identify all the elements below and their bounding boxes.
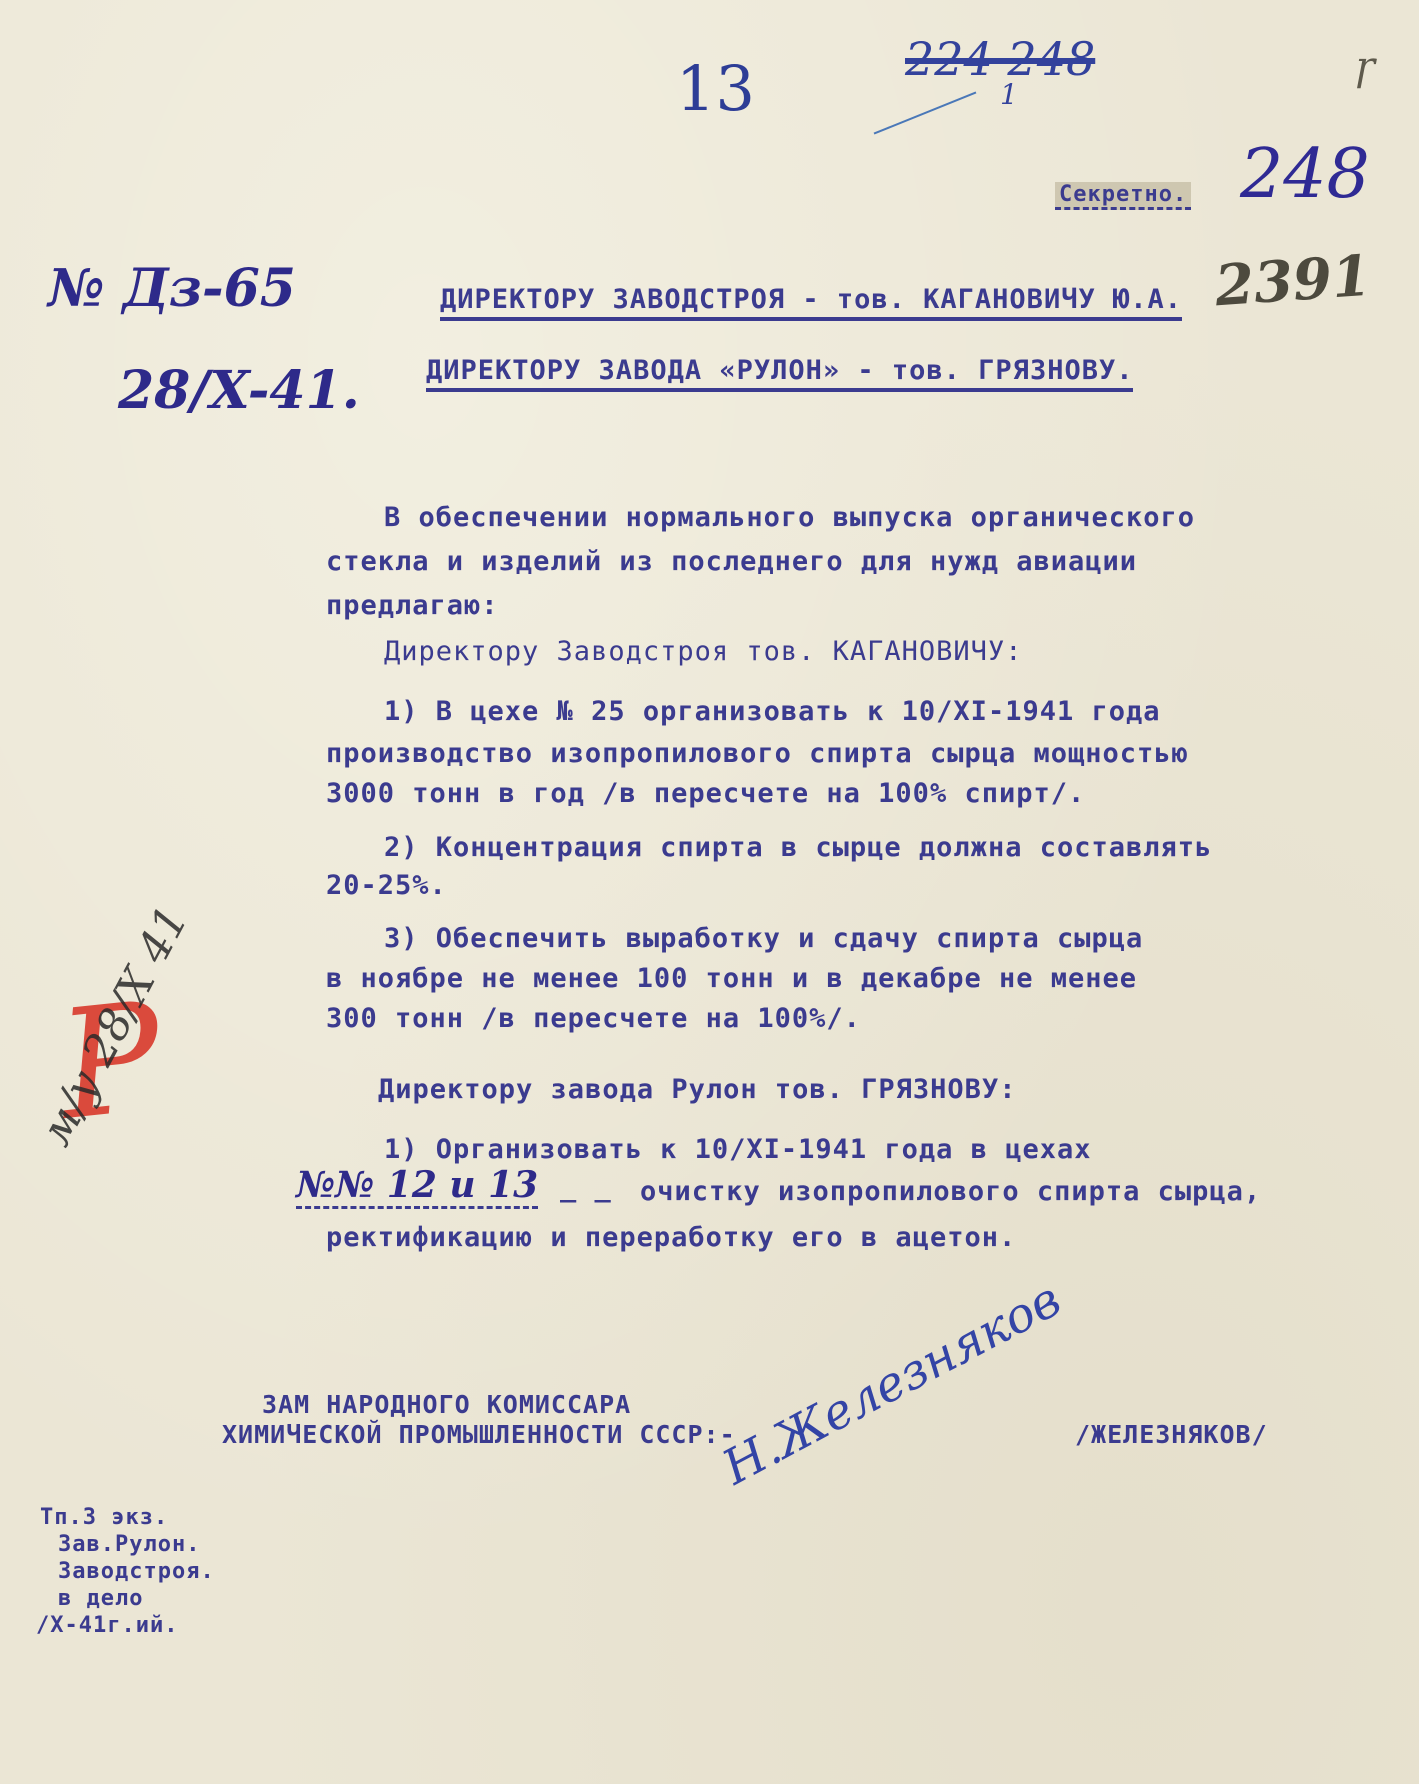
registration-number: № Дз-65 bbox=[48, 258, 296, 319]
typed-name: /ЖЕЛЕЗНЯКОВ/ bbox=[1075, 1420, 1268, 1449]
addressee-line-1: ДИРЕКТОРУ ЗАВОДСТРОЯ - тов. КАГАНОВИЧУ Ю… bbox=[440, 284, 1182, 321]
distribution-line-2: Зав.Рулон. bbox=[58, 1532, 200, 1557]
archive-stroke-line bbox=[874, 91, 977, 134]
section1-item2-line1: 2) Концентрация спирта в сырце должна со… bbox=[384, 832, 1212, 863]
distribution-line-1: Тп.3 экз. bbox=[40, 1505, 168, 1530]
section2-item1-line3: ректификацию и переработку его в ацетон. bbox=[326, 1222, 1016, 1253]
archive-number-struck-sub: 1 bbox=[1000, 78, 1018, 111]
page-number-handwritten: 13 bbox=[676, 52, 755, 125]
intro-line-3: предлагаю: bbox=[326, 590, 499, 621]
section1-heading: Директору Заводстроя тов. КАГАНОВИЧУ: bbox=[384, 636, 1022, 667]
section1-item2-line2: 20-25%. bbox=[326, 870, 447, 901]
pencil-number: 2391 bbox=[1213, 243, 1373, 320]
section1-item1-line1: 1) В цехе № 25 организовать к 10/XI-1941… bbox=[384, 696, 1161, 727]
addressee-line-2: ДИРЕКТОРУ ЗАВОДА «РУЛОН» - тов. ГРЯЗНОВУ… bbox=[426, 355, 1133, 392]
section2-item1-line1: 1) Организовать к 10/XI-1941 года в цеха… bbox=[384, 1134, 1091, 1165]
corner-mark: ɼ bbox=[1355, 44, 1374, 90]
intro-line-1: В обеспечении нормального выпуска органи… bbox=[384, 502, 1195, 533]
archive-number: 248 bbox=[1240, 135, 1370, 214]
section1-item3-line1: 3) Обеспечить выработку и сдачу спирта с… bbox=[384, 923, 1143, 954]
signature-title-line2: ХИМИЧЕСКОЙ ПРОМЫШЛЕННОСТИ СССР:- bbox=[222, 1420, 736, 1449]
distribution-line-5: /X-41г.ий. bbox=[36, 1613, 178, 1638]
section2-heading: Директору завода Рулон тов. ГРЯЗНОВУ: bbox=[378, 1074, 1016, 1105]
registration-date: 28/X-41. bbox=[118, 360, 360, 421]
section2-item1-line2: очистку изопропилового спирта сырца, bbox=[640, 1176, 1261, 1207]
handwritten-workshop-numbers: №№ 12 и 13 bbox=[296, 1164, 538, 1209]
distribution-line-4: в дело bbox=[58, 1586, 143, 1611]
signature-title-line1: ЗАМ НАРОДНОГО КОМИССАРА bbox=[262, 1390, 631, 1419]
intro-line-2: стекла и изделий из последнего для нужд … bbox=[326, 546, 1137, 577]
section1-item1-line3: 3000 тонн в год /в пересчете на 100% спи… bbox=[326, 778, 1085, 809]
section1-item1-line2: производство изопропилового спирта сырца… bbox=[326, 738, 1189, 769]
secrecy-label: Секретно. bbox=[1055, 182, 1191, 210]
blank-dashes: _ _ bbox=[560, 1172, 612, 1203]
handwritten-signature: Н.Железняков bbox=[714, 1271, 1070, 1496]
section1-item3-line2: в ноябре не менее 100 тонн и в декабре н… bbox=[326, 963, 1137, 994]
section1-item3-line3: 300 тонн /в пересчете на 100%/. bbox=[326, 1003, 861, 1034]
distribution-line-3: Заводстроя. bbox=[58, 1559, 215, 1584]
